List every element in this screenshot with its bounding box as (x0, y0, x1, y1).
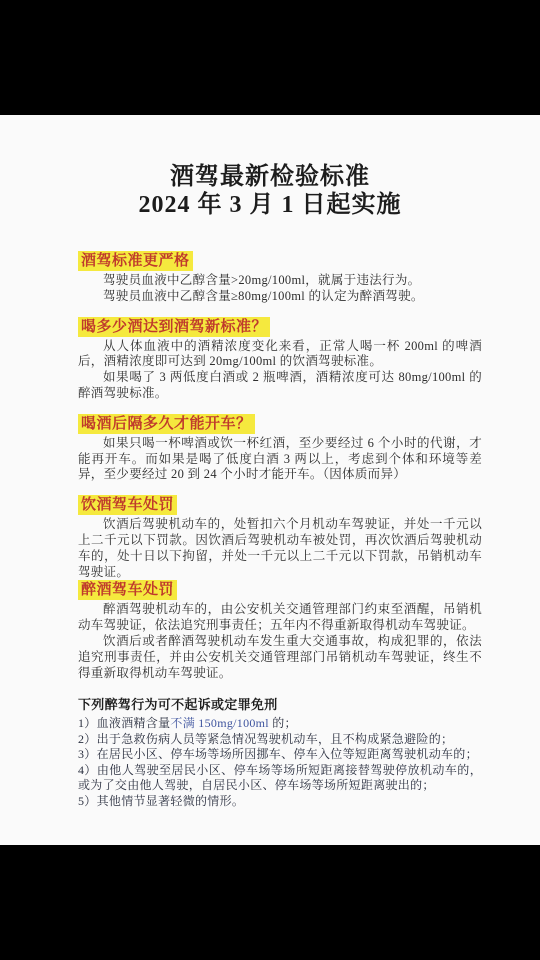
section-1: 酒驾标准更严格驾驶员血液中乙醇含量>20mg/100ml，就属于违法行为。驾驶员… (78, 251, 482, 305)
section-heading: 喝多少酒达到酒驾新标准？ (78, 317, 270, 337)
section-paragraph: 如果只喝一杯啤酒或饮一杯红酒，至少要经过 6 个小时的代谢，才能再开车。而如果是… (78, 436, 482, 483)
section-heading-row: 酒驾标准更严格 (78, 251, 482, 271)
section-heading: 喝酒后隔多久才能开车？ (78, 414, 255, 434)
section-heading-row: 饮酒驾车处罚 (78, 495, 482, 515)
exemption-block: 下列醉驾行为可不起诉或定罪免刑 1）血液酒精含量不满 150mg/100ml 的… (78, 697, 482, 809)
section-5: 醉酒驾车处罚醉酒驾驶机动车的，由公安机关交通管理部门约束至酒醒，吊销机动车驾驶证… (78, 580, 482, 681)
section-paragraph: 驾驶员血液中乙醇含量≥80mg/100ml 的认定为醉酒驾驶。 (78, 289, 482, 305)
section-paragraph: 驾驶员血液中乙醇含量>20mg/100ml，就属于违法行为。 (78, 273, 482, 289)
exemption-item-highlighted-text: 不满 150mg/100ml (170, 716, 269, 730)
exemption-items: 1）血液酒精含量不满 150mg/100ml 的；2）出于急救伤病人员等紧急情况… (78, 716, 482, 809)
document-content: 酒驾标准更严格驾驶员血液中乙醇含量>20mg/100ml，就属于违法行为。驾驶员… (0, 219, 540, 809)
title-line-1: 酒驾最新检验标准 (0, 163, 540, 191)
title-line-2: 2024 年 3 月 1 日起实施 (0, 191, 540, 219)
exemption-item: 4）由他人驾驶至居民小区、停车场等场所短距离接替驾驶停放机动车的，或为了交由他人… (78, 763, 482, 794)
exemption-item-text: 1）血液酒精含量 (78, 716, 170, 730)
section-heading: 饮酒驾车处罚 (78, 495, 177, 515)
section-4: 饮酒驾车处罚饮酒后驾驶机动车的，处暂扣六个月机动车驾驶证，并处一千元以上二千元以… (78, 495, 482, 580)
section-paragraph: 如果喝了 3 两低度白酒或 2 瓶啤酒，酒精浓度可达 80mg/100ml 的醉… (78, 370, 482, 402)
exemption-item: 1）血液酒精含量不满 150mg/100ml 的； (78, 716, 482, 732)
letterbox-bottom (0, 845, 540, 960)
exemption-item-text: 的； (269, 716, 297, 730)
video-frame: { "colors": { "letterbox": "#000000", "p… (0, 0, 540, 960)
exemption-item: 3）在居民小区、停车场等场所因挪车、停车入位等短距离驾驶机动车的； (78, 747, 482, 763)
section-heading-row: 喝酒后隔多久才能开车？ (78, 414, 482, 434)
letterbox-top (0, 0, 540, 115)
exemption-item: 2）出于急救伤病人员等紧急情况驾驶机动车，且不构成紧急避险的； (78, 732, 482, 748)
section-3: 喝酒后隔多久才能开车？如果只喝一杯啤酒或饮一杯红酒，至少要经过 6 个小时的代谢… (78, 414, 482, 483)
exemption-item-text: 3）在居民小区、停车场等场所因挪车、停车入位等短距离驾驶机动车的； (78, 747, 478, 761)
exemption-heading: 下列醉驾行为可不起诉或定罪免刑 (78, 697, 482, 713)
exemption-item-text: 2）出于急救伤病人员等紧急情况驾驶机动车，且不构成紧急避险的； (78, 732, 453, 746)
section-paragraph: 饮酒后驾驶机动车的，处暂扣六个月机动车驾驶证，并处一千元以上二千元以下罚款。因饮… (78, 517, 482, 580)
section-heading: 醉酒驾车处罚 (78, 580, 177, 600)
exemption-item: 5）其他情节显著轻微的情形。 (78, 794, 482, 810)
section-heading: 酒驾标准更严格 (78, 251, 193, 271)
document-page: 酒驾最新检验标准 2024 年 3 月 1 日起实施 酒驾标准更严格驾驶员血液中… (0, 115, 540, 845)
exemption-item-text: 5）其他情节显著轻微的情形。 (78, 794, 244, 808)
sections-container: 酒驾标准更严格驾驶员血液中乙醇含量>20mg/100ml，就属于违法行为。驾驶员… (78, 251, 482, 681)
section-heading-row: 喝多少酒达到酒驾新标准？ (78, 317, 482, 337)
section-heading-row: 醉酒驾车处罚 (78, 580, 482, 600)
section-paragraph: 饮酒后或者醉酒驾驶机动车发生重大交通事故，构成犯罪的，依法追究刑事责任，并由公安… (78, 634, 482, 681)
section-paragraph: 醉酒驾驶机动车的，由公安机关交通管理部门约束至酒醒，吊销机动车驾驶证，依法追究刑… (78, 602, 482, 634)
exemption-item-text: 4）由他人驾驶至居民小区、停车场等场所短距离接替驾驶停放机动车的，或为了交由他人… (78, 763, 482, 793)
section-paragraph: 从人体血液中的酒精浓度变化来看，正常人喝一杯 200ml 的啤酒后，酒精浓度即可… (78, 339, 482, 371)
document-title: 酒驾最新检验标准 2024 年 3 月 1 日起实施 (0, 115, 540, 219)
section-2: 喝多少酒达到酒驾新标准？从人体血液中的酒精浓度变化来看，正常人喝一杯 200ml… (78, 317, 482, 402)
